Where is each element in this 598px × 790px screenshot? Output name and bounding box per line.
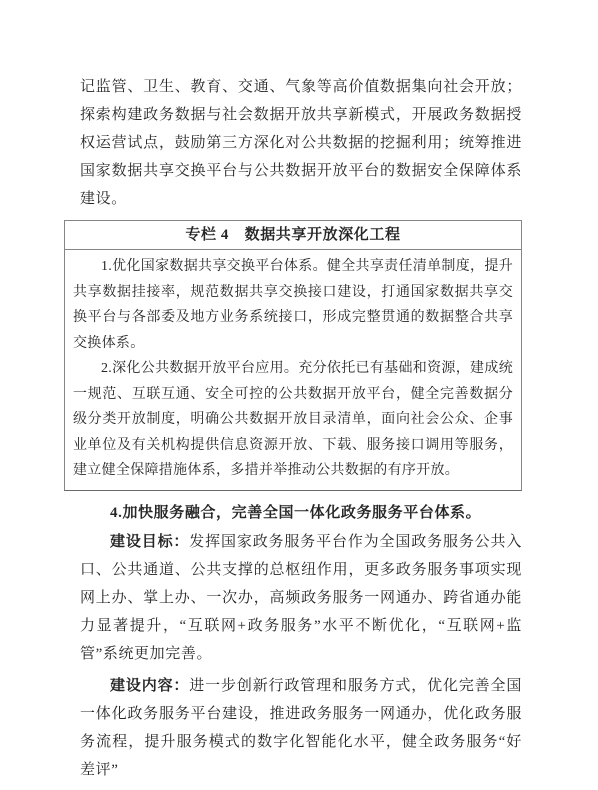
- goal-label: 建设目标：: [110, 534, 189, 550]
- box-item-2: 2.深化公共数据开放平台应用。充分依托已有基础和资源，建成统一规范、互联互通、安…: [73, 356, 513, 484]
- content-paragraph: 建设内容：进一步创新行政管理和服务方式，优化完善全国一体化政务服务平台建设，推进…: [80, 672, 522, 784]
- document-page: 记监管、卫生、教育、交通、气象等高价值数据集向社会开放；探索构建政务数据与社会数…: [0, 0, 598, 790]
- content-label: 建设内容：: [110, 678, 189, 694]
- goal-text: 发挥国家政务服务平台作为全国政务服务公共入口、公共通道、公共支撑的总枢纽作用，更…: [80, 534, 522, 662]
- paragraph-continued: 记监管、卫生、教育、交通、气象等高价值数据集向社会开放；探索构建政务数据与社会数…: [80, 73, 522, 213]
- box-item-1: 1.优化国家数据共享交换平台体系。健全共享责任清单制度，提升共享数据挂接率，规范…: [73, 254, 513, 356]
- column-box: 专栏 4 数据共享开放深化工程 1.优化国家数据共享交换平台体系。健全共享责任清…: [64, 220, 522, 491]
- column-box-body: 1.优化国家数据共享交换平台体系。健全共享责任清单制度，提升共享数据挂接率，规范…: [65, 250, 521, 490]
- goal-paragraph: 建设目标：发挥国家政务服务平台作为全国政务服务公共入口、公共通道、公共支撑的总枢…: [80, 528, 522, 668]
- section-heading: 4.加快服务融合，完善全国一体化政务服务平台体系。: [80, 499, 522, 527]
- column-box-title: 专栏 4 数据共享开放深化工程: [65, 221, 521, 250]
